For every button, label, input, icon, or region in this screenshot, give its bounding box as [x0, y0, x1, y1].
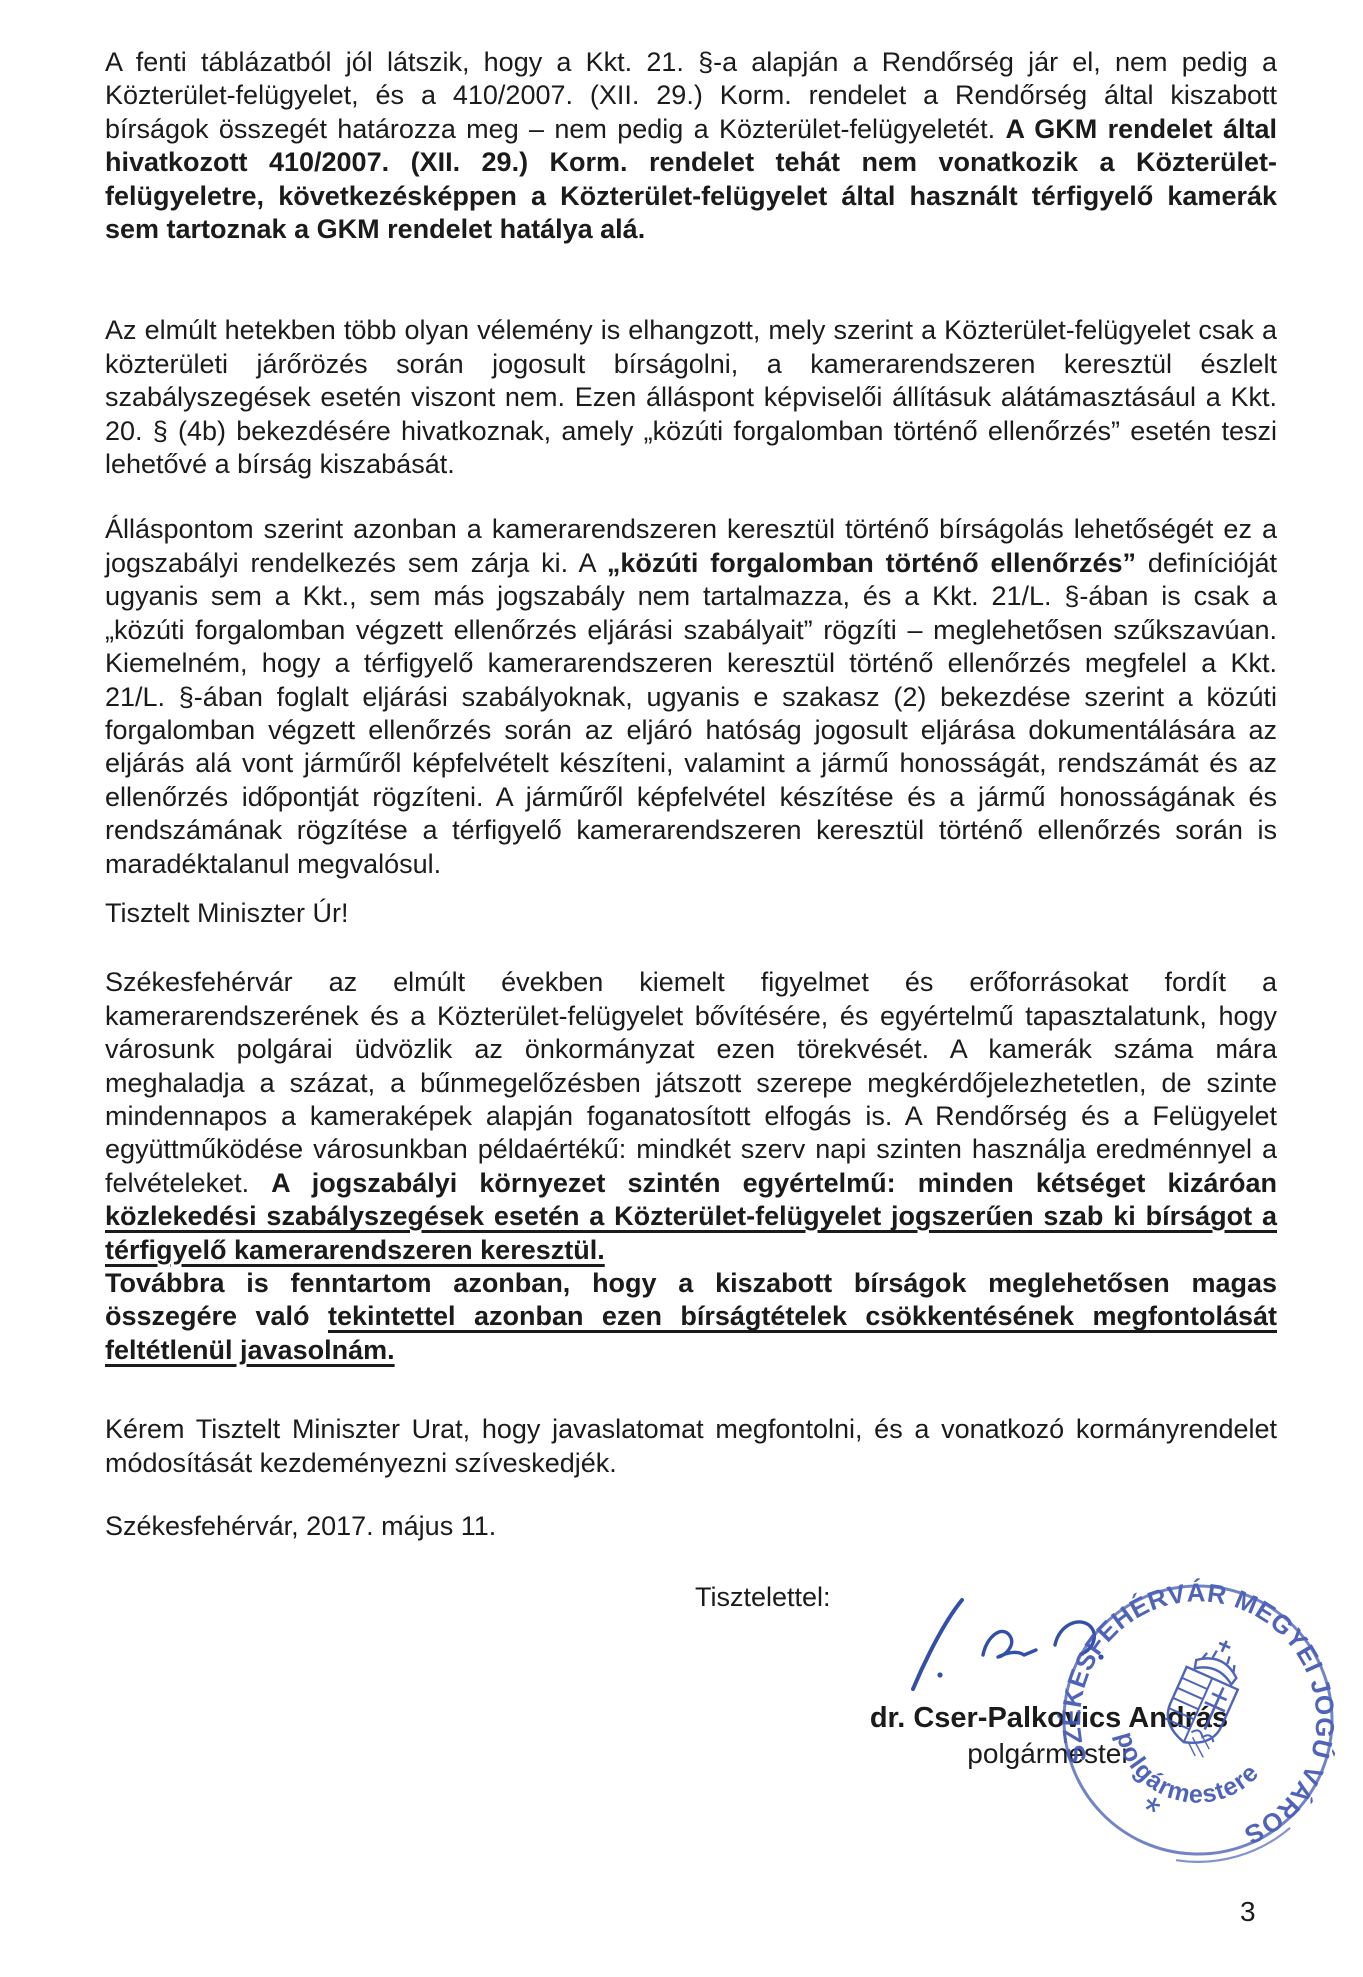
- text-segment: Székesfehérvár az elmúlt években kiemelt…: [105, 967, 1277, 1197]
- svg-text:SZÉKESFEHÉRVÁR MEGYEI JOGÚ VÁR: SZÉKESFEHÉRVÁR MEGYEI JOGÚ VÁROS: [1055, 1577, 1341, 1863]
- letter-body: A fenti táblázatból jól látszik, hogy a …: [105, 46, 1277, 1543]
- paragraph-p2: Az elmúlt hetekben több olyan vélemény i…: [105, 314, 1277, 481]
- document-page: A fenti táblázatból jól látszik, hogy a …: [0, 0, 1363, 1977]
- paragraph-salutation: Tisztelt Miniszter Úr!: [105, 897, 1277, 930]
- signature-dot-1: [937, 1672, 942, 1677]
- text-segment: Az elmúlt hetekben több olyan vélemény i…: [105, 315, 1277, 479]
- paragraph-p3: Álláspontom szerint azonban a kamerarend…: [105, 513, 1277, 880]
- signature-stroke-middle: [983, 1631, 1036, 1657]
- closing-label: Tisztelettel:: [695, 1582, 831, 1613]
- paragraph-p4b: Továbbra is fenntartom azonban, hogy a k…: [105, 1267, 1277, 1367]
- svg-text:polgármestere: polgármestere: [1095, 1705, 1269, 1836]
- text-segment: Tisztelt Miniszter Úr!: [105, 898, 349, 928]
- page-number: 3: [1240, 1896, 1256, 1928]
- text-segment: Kérem Tisztelt Miniszter Urat, hogy java…: [105, 1414, 1277, 1477]
- stamp-ring-text: SZÉKESFEHÉRVÁR MEGYEI JOGÚ VÁROS: [1055, 1577, 1341, 1863]
- paragraph-p4: Székesfehérvár az elmúlt években kiemelt…: [105, 966, 1277, 1267]
- paragraph-p1: A fenti táblázatból jól látszik, hogy a …: [105, 46, 1277, 246]
- text-segment: közlekedési szabályszegések esetén a Köz…: [105, 1201, 1277, 1264]
- stamp-arc-text: polgármestere: [1095, 1705, 1269, 1836]
- coat-of-arms-icon: [1155, 1630, 1254, 1761]
- mayor-stamp: SZÉKESFEHÉRVÁR MEGYEI JOGÚ VÁROS polgárm…: [1055, 1577, 1341, 1863]
- paragraph-p5: Kérem Tisztelt Miniszter Urat, hogy java…: [105, 1413, 1277, 1480]
- text-segment: „közúti forgalomban történő ellenőrzés”: [607, 548, 1136, 578]
- text-segment: definícióját ugyanis sem a Kkt., sem más…: [105, 548, 1277, 879]
- text-segment: A jogszabályi környezet szintén egyértel…: [271, 1168, 1277, 1198]
- stamp-bottom-symbol: *: [1134, 1788, 1166, 1835]
- text-segment: Székesfehérvár, 2017. május 11.: [105, 1511, 496, 1541]
- paragraph-dateline: Székesfehérvár, 2017. május 11.: [105, 1510, 1277, 1543]
